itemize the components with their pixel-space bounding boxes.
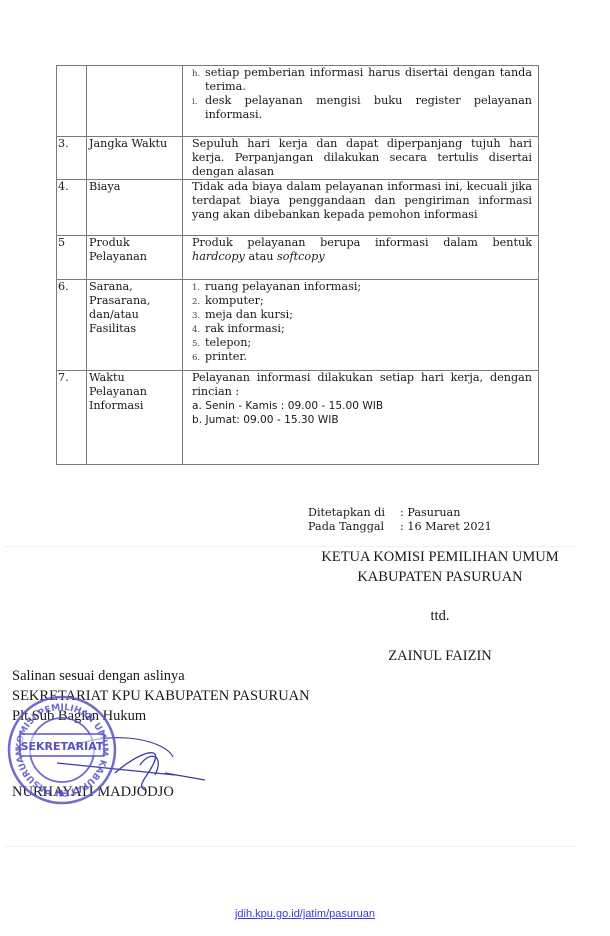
list-item: 6.printer. [192,350,532,364]
footer-link[interactable]: jdih.kpu.go.id/jatim/pasuruan [235,908,375,920]
table-row: 4. Biaya Tidak ada biaya dalam pelayanan… [57,180,539,236]
service-hours-fri: b. Jumat: 09.00 - 15.30 WIB [192,413,532,427]
row-number: 3. [57,137,87,180]
signed-marker: ttd. [300,606,580,626]
row-number: 7. [57,371,87,465]
list-item: 2.komputer; [192,294,532,308]
row-content: Sepuluh hari kerja dan dapat diperpanjan… [183,137,539,180]
row-label: Produk Pelayanan [87,236,183,280]
service-hours-intro: Pelayanan informasi dilakukan setiap har… [192,371,532,399]
place-value: : Pasuruan [400,506,460,520]
signatory-name: ZAINUL FAIZIN [300,646,580,666]
row-number: 4. [57,180,87,236]
row-number: 5 [57,236,87,280]
row-label: Sarana, Prasarana, dan/atau Fasilitas [87,280,183,371]
table-row: h.setiap pemberian informasi harus diser… [57,66,539,137]
procedure-list-continued: h.setiap pemberian informasi harus diser… [192,66,532,122]
table-row: 5 Produk Pelayanan Produk pelayanan beru… [57,236,539,280]
facility-list: 1.ruang pelayanan informasi; 2.komputer;… [192,280,532,364]
service-standard-table: h.setiap pemberian informasi harus diser… [56,65,539,465]
list-item: i.desk pelayanan mengisi buku register p… [192,94,532,122]
row-label: Waktu Pelayanan Informasi [87,371,183,465]
table-row: 3. Jangka Waktu Sepuluh hari kerja dan d… [57,137,539,180]
service-hours-mon-thu: a. Senin - Kamis : 09.00 - 15.00 WIB [192,399,532,413]
official-stamp-icon: KOMISI PEMILIHAN UMUM KABUPATEN PASURUAN… [6,694,118,806]
official-title: KETUA KOMISI PEMILIHAN UMUM KABUPATEN PA… [300,547,580,587]
row-content: Produk pelayanan berupa informasi dalam … [183,236,539,280]
list-item: 4.rak informasi; [192,322,532,336]
row-label: Jangka Waktu [87,137,183,180]
row-content: Tidak ada biaya dalam pelayanan informas… [183,180,539,236]
svg-text:★: ★ [58,789,67,800]
svg-text:SEKRETARIAT: SEKRETARIAT [21,740,104,753]
page-divider [5,846,575,847]
list-item: h.setiap pemberian informasi harus diser… [192,66,532,94]
list-item: 1.ruang pelayanan informasi; [192,280,532,294]
table-row: 6. Sarana, Prasarana, dan/atau Fasilitas… [57,280,539,371]
list-item: 5.telepon; [192,336,532,350]
table-row: 7. Waktu Pelayanan Informasi Pelayanan i… [57,371,539,465]
row-label: Biaya [87,180,183,236]
date-value: : 16 Maret 2021 [400,520,492,534]
enactment-info: Ditetapkan di: Pasuruan Pada Tanggal: 16… [308,506,492,534]
date-label: Pada Tanggal [308,520,400,534]
list-item: 3.meja dan kursi; [192,308,532,322]
row-number: 6. [57,280,87,371]
place-label: Ditetapkan di [308,506,400,520]
